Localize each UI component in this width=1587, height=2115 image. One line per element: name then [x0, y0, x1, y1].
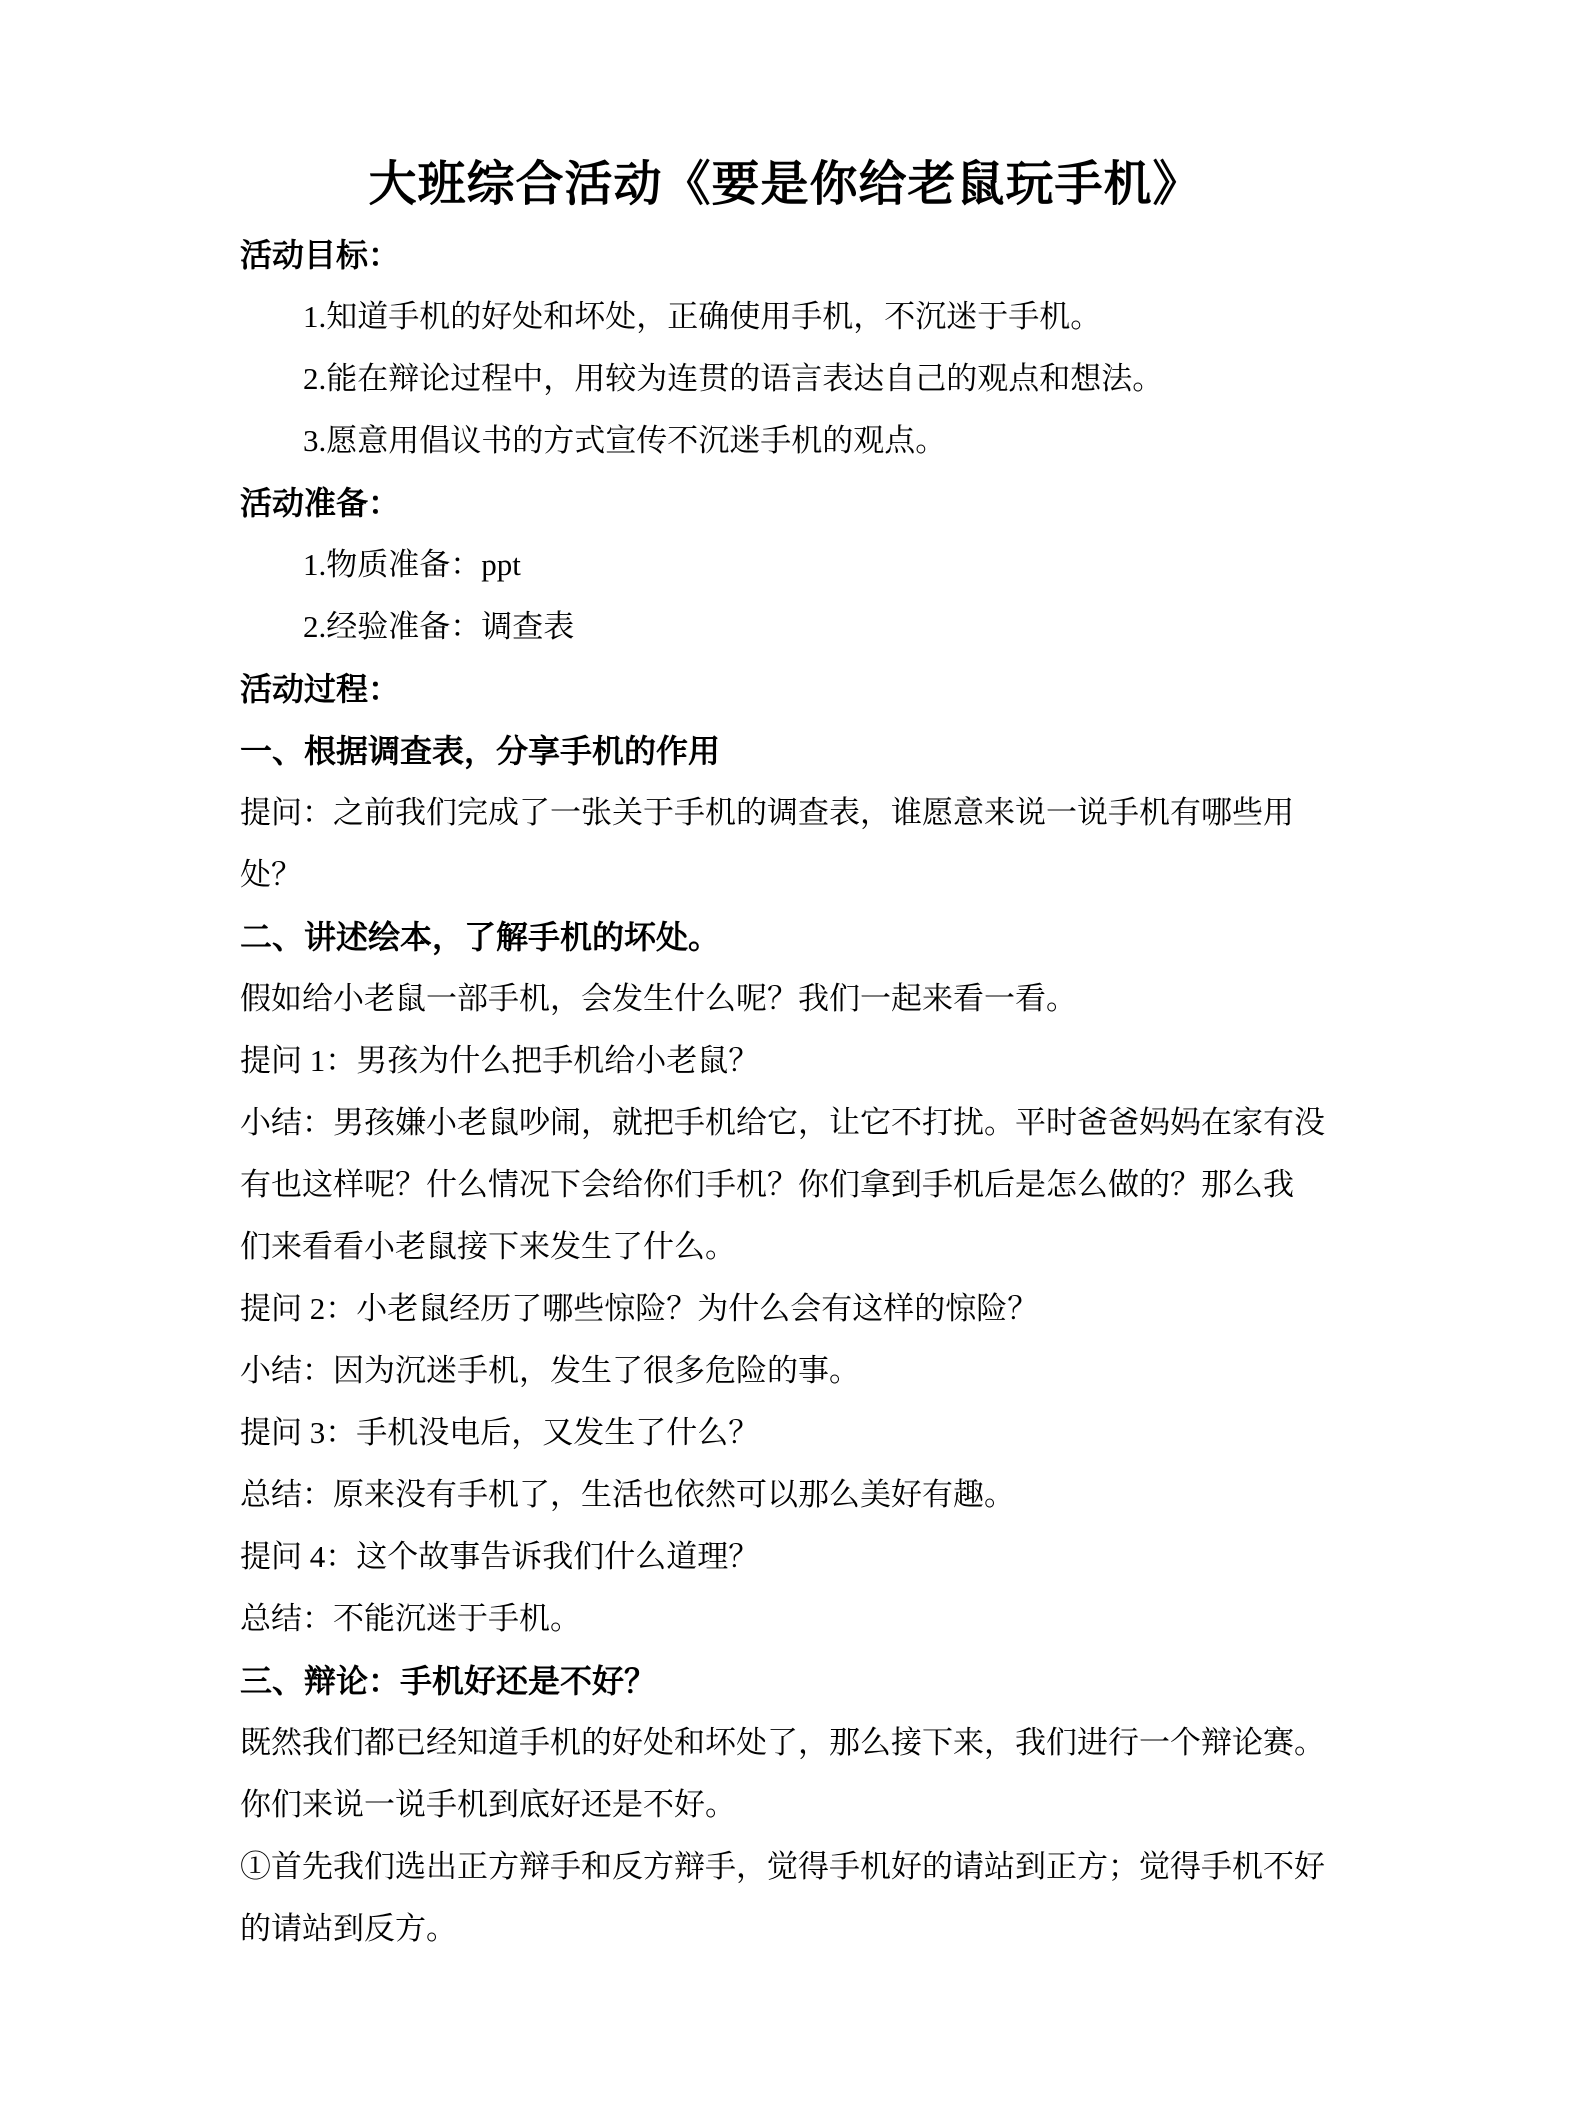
text-line: 提问：之前我们完成了一张关于手机的调查表，谁愿意来说一说手机有哪些用: [240, 782, 1330, 844]
text-line: 提问 4：这个故事告诉我们什么道理？: [240, 1526, 1330, 1588]
text-line: 2.经验准备：调查表: [240, 596, 1330, 658]
text-line: ①首先我们选出正方辩手和反方辩手，觉得手机好的请站到正方；觉得手机不好: [240, 1836, 1330, 1898]
text-line: 们来看看小老鼠接下来发生了什么。: [240, 1216, 1330, 1278]
text-line: 处？: [240, 844, 1330, 906]
document-title: 大班综合活动《要是你给老鼠玩手机》: [240, 152, 1330, 216]
text-line: 小结：因为沉迷手机，发生了很多危险的事。: [240, 1340, 1330, 1402]
text-line: 假如给小老鼠一部手机，会发生什么呢？我们一起来看一看。: [240, 968, 1330, 1030]
section-heading: 三、辩论：手机好还是不好？: [240, 1650, 1330, 1712]
text-line: 既然我们都已经知道手机的好处和坏处了，那么接下来，我们进行一个辩论赛。: [240, 1712, 1330, 1774]
text-line: 小结：男孩嫌小老鼠吵闹，就把手机给它，让它不打扰。平时爸爸妈妈在家有没: [240, 1092, 1330, 1154]
section-heading: 活动目标：: [240, 224, 1330, 286]
text-line: 3.愿意用倡议书的方式宣传不沉迷手机的观点。: [240, 410, 1330, 472]
text-line: 总结：不能沉迷于手机。: [240, 1588, 1330, 1650]
text-line: 的请站到反方。: [240, 1898, 1330, 1960]
section-heading: 二、讲述绘本，了解手机的坏处。: [240, 906, 1330, 968]
document-page: 大班综合活动《要是你给老鼠玩手机》 活动目标：1.知道手机的好处和坏处，正确使用…: [0, 0, 1587, 2115]
section-heading: 活动过程：: [240, 658, 1330, 720]
text-line: 你们来说一说手机到底好还是不好。: [240, 1774, 1330, 1836]
document-body: 活动目标：1.知道手机的好处和坏处，正确使用手机，不沉迷于手机。2.能在辩论过程…: [240, 224, 1330, 1960]
text-line: 1.物质准备：ppt: [240, 534, 1330, 596]
section-heading: 一、根据调查表，分享手机的作用: [240, 720, 1330, 782]
text-line: 提问 3：手机没电后，又发生了什么？: [240, 1402, 1330, 1464]
text-line: 提问 2：小老鼠经历了哪些惊险？为什么会有这样的惊险？: [240, 1278, 1330, 1340]
text-line: 2.能在辩论过程中，用较为连贯的语言表达自己的观点和想法。: [240, 348, 1330, 410]
section-heading: 活动准备：: [240, 472, 1330, 534]
text-line: 有也这样呢？什么情况下会给你们手机？你们拿到手机后是怎么做的？那么我: [240, 1154, 1330, 1216]
text-line: 总结：原来没有手机了，生活也依然可以那么美好有趣。: [240, 1464, 1330, 1526]
text-line: 1.知道手机的好处和坏处，正确使用手机，不沉迷于手机。: [240, 286, 1330, 348]
text-line: 提问 1：男孩为什么把手机给小老鼠？: [240, 1030, 1330, 1092]
